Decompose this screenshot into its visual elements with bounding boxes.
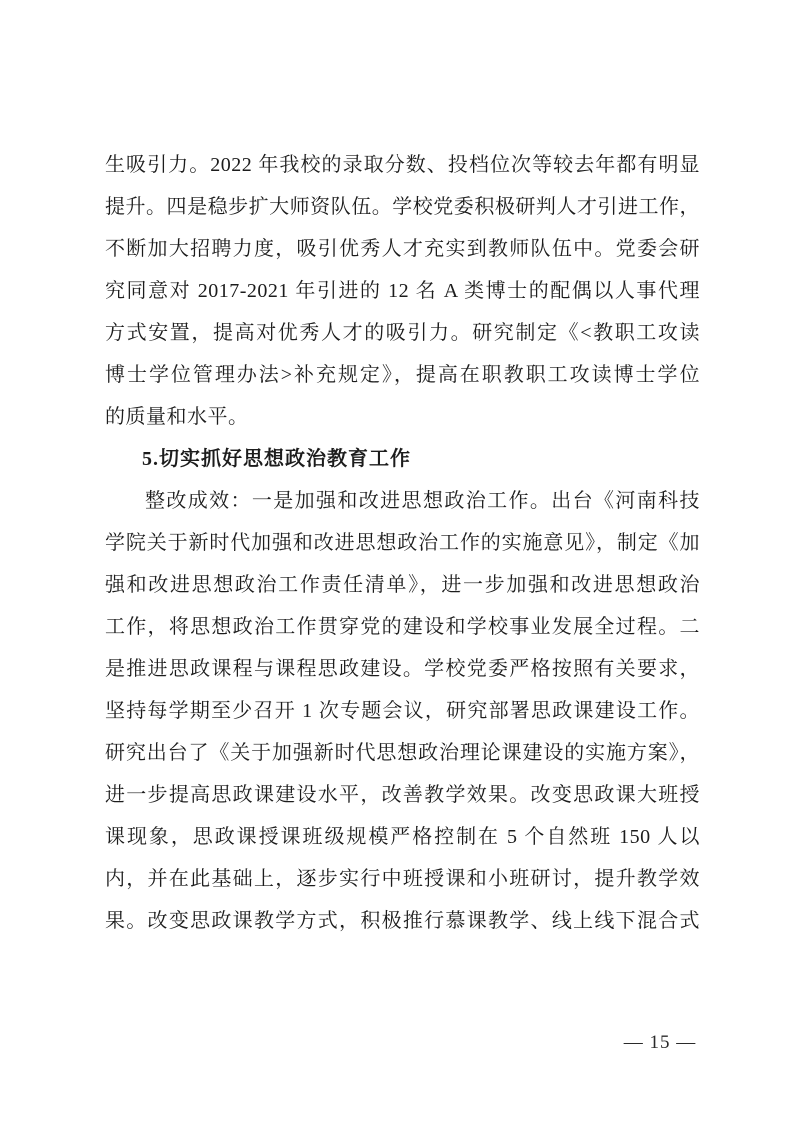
- text-line: 博士学位管理办法>补充规定》，提高在职教职工攻读博士学位: [105, 354, 700, 396]
- text-line: 方式安置，提高对优秀人才的吸引力。研究制定《<教职工攻读: [105, 312, 700, 354]
- section-heading: 5.切实抓好思想政治教育工作: [105, 438, 700, 480]
- text-line: 研究出台了《关于加强新时代思想政治理论课建设的实施方案》，: [105, 732, 700, 774]
- text-line: 果。改变思政课教学方式，积极推行慕课教学、线上线下混合式: [105, 900, 700, 942]
- document-page: 生吸引力。2022 年我校的录取分数、投档位次等较去年都有明显 提升。四是稳步扩…: [0, 0, 793, 1122]
- document-body: 生吸引力。2022 年我校的录取分数、投档位次等较去年都有明显 提升。四是稳步扩…: [105, 144, 700, 942]
- text-line: 进一步提高思政课建设水平，改善教学效果。改变思政课大班授: [105, 774, 700, 816]
- text-line: 内，并在此基础上，逐步实行中班授课和小班研讨，提升教学效: [105, 858, 700, 900]
- text-line: 整改成效：一是加强和改进思想政治工作。出台《河南科技: [105, 480, 700, 522]
- text-line: 工作，将思想政治工作贯穿党的建设和学校事业发展全过程。二: [105, 606, 700, 648]
- text-line: 的质量和水平。: [105, 396, 700, 438]
- text-line: 提升。四是稳步扩大师资队伍。学校党委积极研判人才引进工作，: [105, 186, 700, 228]
- text-line: 是推进思政课程与课程思政建设。学校党委严格按照有关要求，: [105, 648, 700, 690]
- text-line: 生吸引力。2022 年我校的录取分数、投档位次等较去年都有明显: [105, 144, 700, 186]
- text-line: 课现象，思政课授课班级规模严格控制在 5 个自然班 150 人以: [105, 816, 700, 858]
- text-line: 学院关于新时代加强和改进思想政治工作的实施意见》，制定《加: [105, 522, 700, 564]
- text-line: 坚持每学期至少召开 1 次专题会议，研究部署思政课建设工作。: [105, 690, 700, 732]
- text-line: 不断加大招聘力度，吸引优秀人才充实到教师队伍中。党委会研: [105, 228, 700, 270]
- page-number: — 15 —: [610, 1029, 710, 1057]
- text-line: 究同意对 2017-2021 年引进的 12 名 A 类博士的配偶以人事代理: [105, 270, 700, 312]
- text-line: 强和改进思想政治工作责任清单》，进一步加强和改进思想政治: [105, 564, 700, 606]
